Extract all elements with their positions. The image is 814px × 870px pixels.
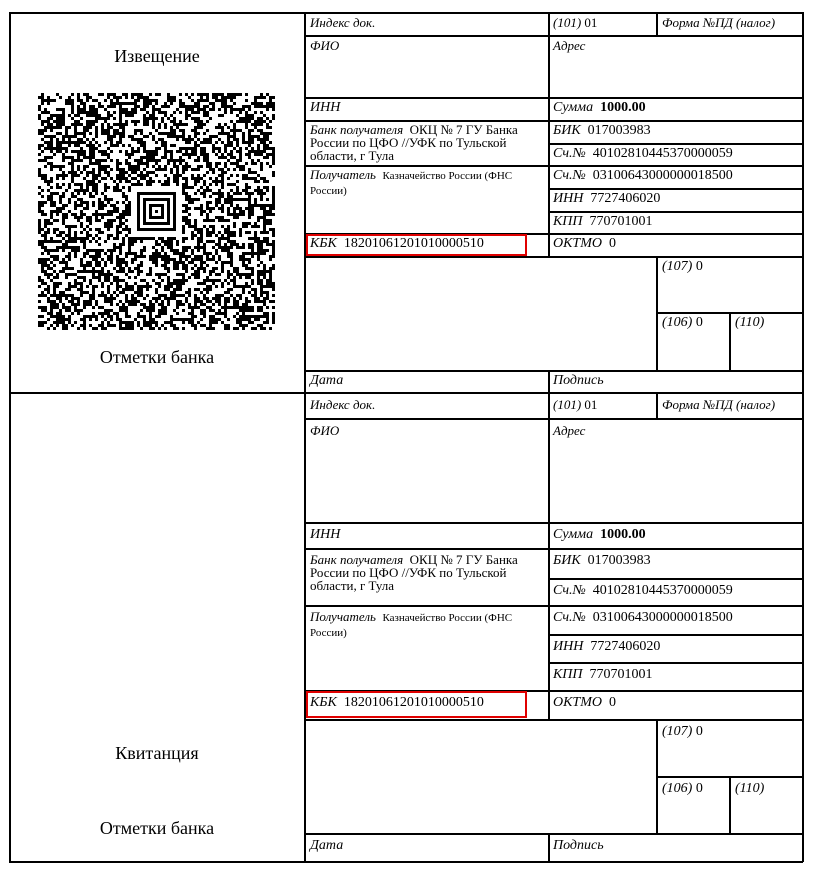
date-label: Дата (310, 838, 343, 854)
col-line (656, 256, 658, 371)
sum-value: 1000.00 (600, 527, 646, 542)
col-line (548, 833, 550, 863)
account2-label: Сч.№ (553, 610, 586, 625)
field-101-value: 01 (584, 397, 597, 412)
kpp-label: КПП (553, 214, 583, 229)
sum-label: Сумма (553, 527, 593, 542)
oktmo-value: 0 (609, 695, 616, 710)
form-label: Форма №ПД (налог) (662, 397, 775, 413)
recipient-field: Получатель Казначейство России (ФНС Росс… (310, 610, 545, 640)
fio-label: ФИО (310, 423, 339, 439)
account1-label: Сч.№ (553, 146, 586, 161)
date-label: Дата (310, 373, 343, 389)
frame-top (9, 12, 803, 14)
oktmo-label: ОКТМО (553, 236, 602, 251)
sum-label: Сумма (553, 100, 593, 115)
inn-field: ИНН 7727406020 (553, 639, 660, 655)
kbk-highlight (306, 234, 527, 256)
inn-value: 7727406020 (590, 191, 660, 206)
receipt-bank-marks-label: Отметки банка (10, 818, 304, 839)
bik-label: БИК (553, 553, 581, 568)
row-line (304, 35, 803, 37)
bank-field: Банк получателя ОКЦ № 7 ГУ Банка России … (310, 553, 545, 592)
recipient-label: Получатель (310, 167, 376, 182)
account2-value: 03100643000000018500 (593, 610, 733, 625)
kpp-value: 770701001 (590, 667, 653, 682)
field-110-label: (110) (735, 315, 764, 331)
field-107-value: 0 (696, 724, 703, 739)
field-107: (107) 0 (662, 724, 703, 740)
field-101-label: (101) (553, 397, 581, 412)
col-line (656, 719, 658, 834)
inn-label: ИНН (553, 191, 583, 206)
oktmo-field: ОКТМО 0 (553, 695, 616, 711)
section-separator (9, 392, 803, 394)
field-107-value: 0 (696, 259, 703, 274)
oktmo-value: 0 (609, 236, 616, 251)
bik-field: БИК 017003983 (553, 553, 651, 569)
field-106: (106) 0 (662, 315, 703, 331)
row-line (304, 548, 803, 550)
recipient-label: Получатель (310, 609, 376, 624)
sum-field: Сумма 1000.00 (553, 100, 646, 116)
col-line (656, 392, 658, 419)
col-line (729, 776, 731, 834)
row-line (304, 97, 803, 99)
row-line (304, 719, 803, 721)
field-107: (107) 0 (662, 259, 703, 275)
row-line (304, 418, 803, 420)
row-line (548, 662, 803, 664)
field-101-value: 01 (584, 15, 597, 30)
account1-value: 40102810445370000059 (593, 583, 733, 598)
row-line (548, 188, 803, 190)
field-106-value: 0 (696, 315, 703, 330)
account1-label: Сч.№ (553, 583, 586, 598)
account2-label: Сч.№ (553, 168, 586, 183)
row-line (548, 634, 803, 636)
field-107-label: (107) (662, 724, 692, 739)
kpp-label: КПП (553, 667, 583, 682)
row-line (548, 578, 803, 580)
field-106-label: (106) (662, 315, 692, 330)
frame-bottom (9, 861, 803, 863)
row-line (304, 605, 803, 607)
kpp-field: КПП 770701001 (553, 214, 653, 230)
left-panel-divider (304, 12, 306, 862)
kbk-highlight (306, 691, 527, 718)
field-110-label: (110) (735, 781, 764, 797)
row-line (548, 211, 803, 213)
account2-field: Сч.№ 03100643000000018500 (553, 610, 733, 626)
row-line (304, 522, 803, 524)
bik-label: БИК (553, 123, 581, 138)
account2-value: 03100643000000018500 (593, 168, 733, 183)
address-label: Адрес (553, 423, 585, 439)
receipt-title: Квитанция (10, 743, 304, 764)
bik-value: 017003983 (588, 553, 651, 568)
account1-value: 40102810445370000059 (593, 146, 733, 161)
payer-inn-label: ИНН (310, 100, 340, 116)
inn-value: 7727406020 (590, 639, 660, 654)
signature-label: Подпись (553, 373, 604, 389)
payer-inn-label: ИНН (310, 527, 340, 543)
oktmo-field: ОКТМО 0 (553, 236, 616, 252)
account2-field: Сч.№ 03100643000000018500 (553, 168, 733, 184)
field-101: (101) 01 (553, 15, 597, 31)
index-doc-label: Индекс док. (310, 397, 375, 413)
bik-field: БИК 017003983 (553, 123, 651, 139)
field-107-label: (107) (662, 259, 692, 274)
form-label: Форма №ПД (налог) (662, 15, 775, 31)
col-line (729, 312, 731, 371)
row-line (548, 143, 803, 145)
field-101: (101) 01 (553, 397, 597, 413)
field-101-label: (101) (553, 15, 581, 30)
inn-label: ИНН (553, 639, 583, 654)
inn-field: ИНН 7727406020 (553, 191, 660, 207)
fio-label: ФИО (310, 38, 339, 54)
address-label: Адрес (553, 38, 585, 54)
col-line (548, 370, 550, 393)
col-line (548, 12, 550, 257)
index-doc-label: Индекс док. (310, 15, 375, 31)
field-106-value: 0 (696, 781, 703, 796)
recipient-field: Получатель Казначейство России (ФНС Росс… (310, 168, 545, 198)
col-line (548, 392, 550, 720)
notice-title: Извещение (10, 46, 304, 67)
kpp-value: 770701001 (590, 214, 653, 229)
signature-label: Подпись (553, 838, 604, 854)
bank-field: Банк получателя ОКЦ № 7 ГУ Банка России … (310, 123, 545, 162)
aztec-code-image (38, 93, 275, 330)
col-line (656, 12, 658, 36)
kpp-field: КПП 770701001 (553, 667, 653, 683)
frame-right (802, 12, 804, 862)
field-106-label: (106) (662, 781, 692, 796)
field-106: (106) 0 (662, 781, 703, 797)
account1-field: Сч.№ 40102810445370000059 (553, 583, 733, 599)
sum-field: Сумма 1000.00 (553, 527, 646, 543)
notice-bank-marks-label: Отметки банка (10, 347, 304, 368)
sum-value: 1000.00 (600, 100, 646, 115)
oktmo-label: ОКТМО (553, 695, 602, 710)
bik-value: 017003983 (588, 123, 651, 138)
frame-left (9, 12, 11, 862)
row-line (304, 256, 803, 258)
account1-field: Сч.№ 40102810445370000059 (553, 146, 733, 162)
